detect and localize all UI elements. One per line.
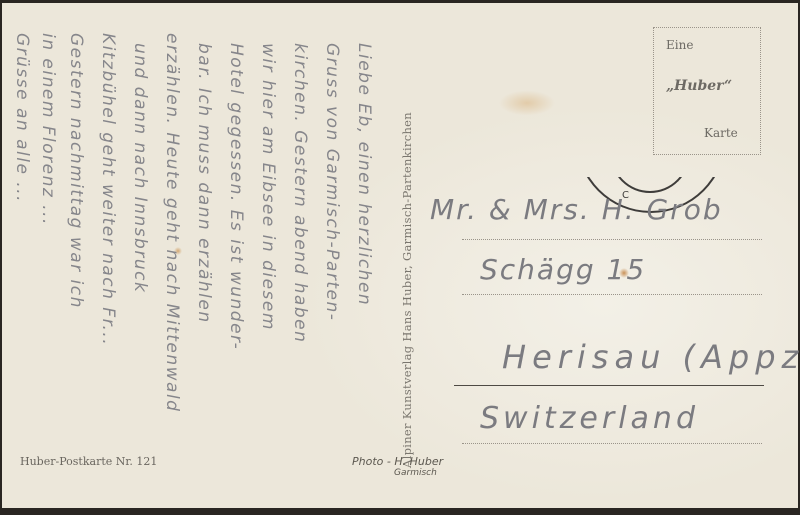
address-line4: Switzerland (480, 401, 699, 436)
address-rule-4 (462, 443, 762, 444)
message-line: kirchen. Gestern abend haben (290, 43, 310, 343)
address-rule-3 (454, 385, 764, 386)
message-line: Grüsse an alle ... (12, 33, 32, 203)
photo-credit-name: Photo - H. Huber (352, 455, 443, 468)
message-line: und dann nach Innsbruck (130, 43, 150, 293)
postcard-back: Eine „Huber“ Karte C Alpiner Kunstverlag… (2, 3, 798, 508)
photo-credit: Photo - H. Huber Garmisch (352, 455, 443, 478)
photo-credit-place: Garmisch (394, 468, 443, 478)
message-line: bar. Ich muss dann erzählen (194, 43, 214, 324)
message-line: Gestern nachmittag war ich (66, 33, 86, 309)
stamp-box: Eine „Huber“ Karte (653, 27, 761, 155)
series-number: Huber-Postkarte Nr. 121 (20, 455, 157, 468)
message-line: Liebe Eb, einen herzlichen (354, 43, 374, 306)
address-line1: Mr. & Mrs. H. Grob (430, 193, 723, 226)
address-rule-2 (462, 294, 762, 295)
message-line: Gruss von Garmisch-Parten- (322, 43, 342, 321)
address-line3: Herisau (Appzl) (502, 338, 800, 376)
message-line: in einem Florenz ... (38, 33, 58, 226)
stamp-box-line1: Eine (666, 38, 693, 52)
message-line: wir hier am Eibsee in diesem (258, 43, 278, 331)
publisher-imprint: Alpiner Kunstverlag Hans Huber, Garmisch… (400, 112, 414, 468)
address-rule-1 (462, 239, 762, 240)
stamp-box-line3: Karte (704, 126, 738, 140)
message-line: Kitzbühel geht weiter nach Fr... (98, 33, 118, 346)
address-line2: Schägg 15 (480, 253, 646, 286)
message-line: Hotel gegessen. Es ist wunder- (226, 43, 246, 350)
stamp-box-brand: „Huber“ (666, 78, 732, 94)
message-line: erzählen. Heute geht nach Mittenwald (162, 33, 182, 412)
